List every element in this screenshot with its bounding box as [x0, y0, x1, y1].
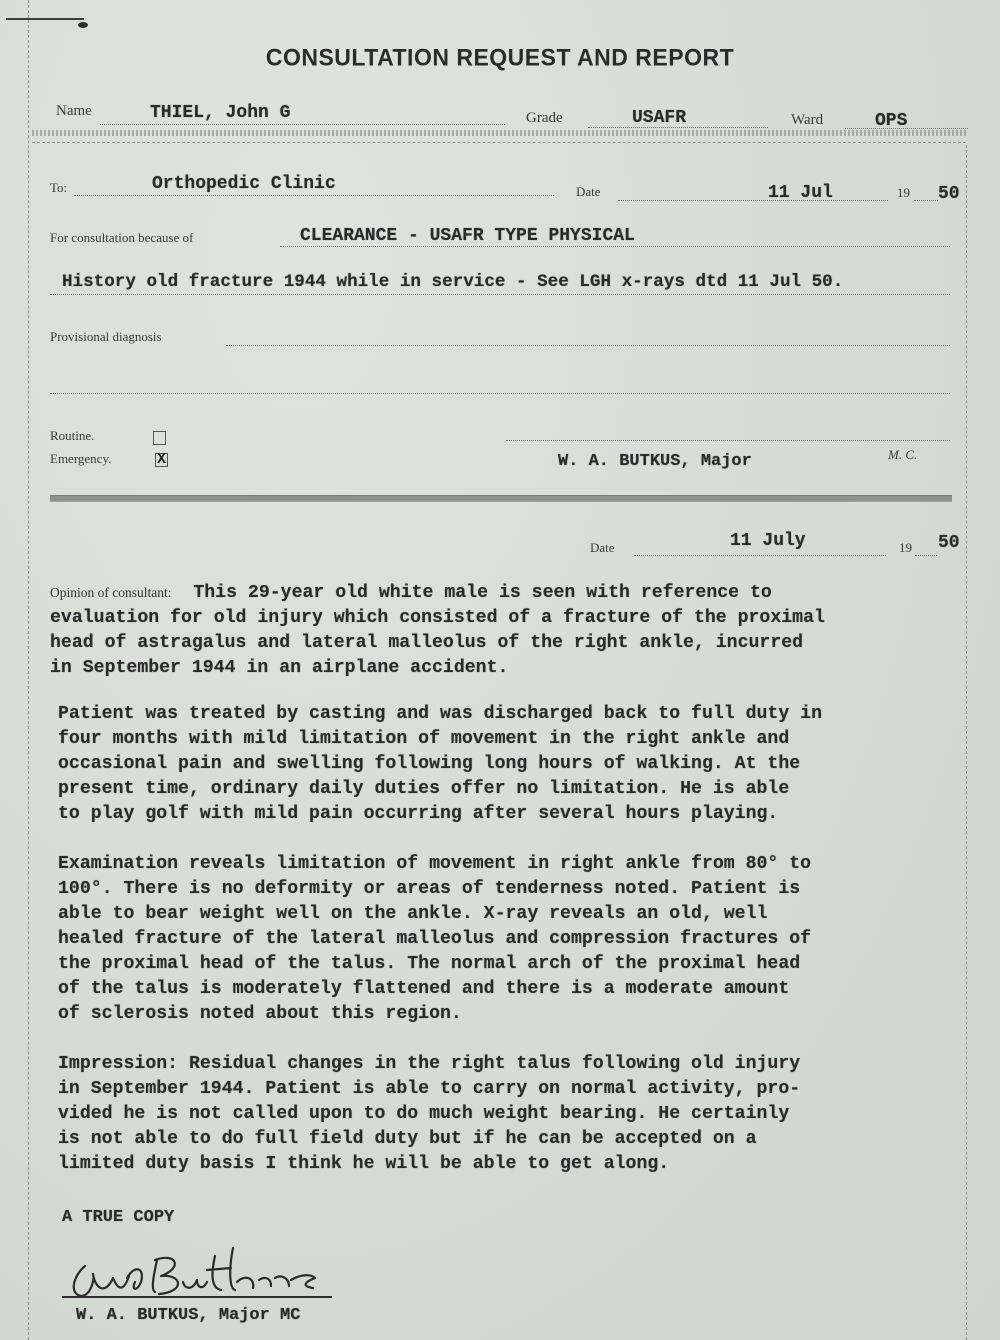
routine-checkbox[interactable]: [153, 431, 166, 445]
reason-label: For consultation because of: [50, 230, 193, 246]
provisional-line: [226, 345, 950, 346]
opinion-label: Opinion of consultant:: [50, 585, 172, 600]
perforation-left: [28, 0, 29, 1340]
header-divider: [32, 130, 967, 136]
grade-label: Grade: [526, 110, 563, 127]
request-year-prefix: 19: [897, 185, 910, 201]
history-field[interactable]: History old fracture 1944 while in servi…: [62, 272, 843, 292]
report-year-line: [915, 555, 937, 556]
request-date-field[interactable]: 11 Jul: [768, 183, 833, 203]
impression-paragraph: Impression: Residual changes in the righ…: [58, 1052, 948, 1177]
history-line: [50, 294, 950, 295]
signature-line: [62, 1296, 332, 1298]
perforation-right: [966, 145, 967, 1340]
request-date-line: [618, 200, 888, 201]
emergency-checkbox[interactable]: X: [155, 453, 168, 467]
signer-name: W. A. BUTKUS, Major MC: [76, 1306, 300, 1325]
report-date-field[interactable]: 11 July: [730, 531, 806, 551]
to-label: To:: [50, 180, 67, 196]
emergency-label: Emergency.: [50, 451, 111, 467]
reason-field[interactable]: CLEARANCE - USAFR TYPE PHYSICAL: [300, 226, 635, 246]
provisional-line-2: [50, 393, 950, 394]
staple-mark-icon: [6, 18, 84, 30]
form-title: CONSULTATION REQUEST AND REPORT: [0, 43, 1000, 71]
requester-corps: M. C.: [888, 447, 917, 463]
section-divider: [50, 495, 952, 502]
requester-signature-line: [506, 440, 950, 441]
report-year-field[interactable]: 50: [938, 533, 960, 553]
report-year-prefix: 19: [899, 540, 912, 556]
name-field[interactable]: THIEL, John G: [150, 103, 290, 123]
report-date-line: [634, 555, 886, 556]
request-date-label: Date: [576, 184, 601, 200]
true-copy-stamp: A TRUE COPY: [62, 1208, 174, 1227]
opinion-paragraph-1: Opinion of consultant: This 29-year old …: [50, 580, 970, 681]
request-box-border: [32, 142, 966, 143]
request-year-field[interactable]: 50: [938, 184, 960, 204]
to-line: [74, 195, 554, 196]
name-line: [100, 124, 505, 125]
report-date-label: Date: [590, 540, 615, 556]
opinion-paragraph-3: Examination reveals limitation of moveme…: [58, 852, 948, 1027]
grade-field[interactable]: USAFR: [632, 108, 686, 128]
ward-field[interactable]: OPS: [875, 111, 907, 131]
name-label: Name: [56, 103, 92, 120]
request-year-line: [914, 200, 938, 201]
provisional-label: Provisional diagnosis: [50, 329, 162, 345]
routine-label: Routine.: [50, 428, 94, 444]
opinion-paragraph-2: Patient was treated by casting and was d…: [58, 702, 948, 827]
requester-name: W. A. BUTKUS, Major: [558, 452, 752, 471]
to-field[interactable]: Orthopedic Clinic: [152, 174, 336, 194]
reason-line: [280, 246, 950, 247]
ward-label: Ward: [791, 112, 823, 129]
